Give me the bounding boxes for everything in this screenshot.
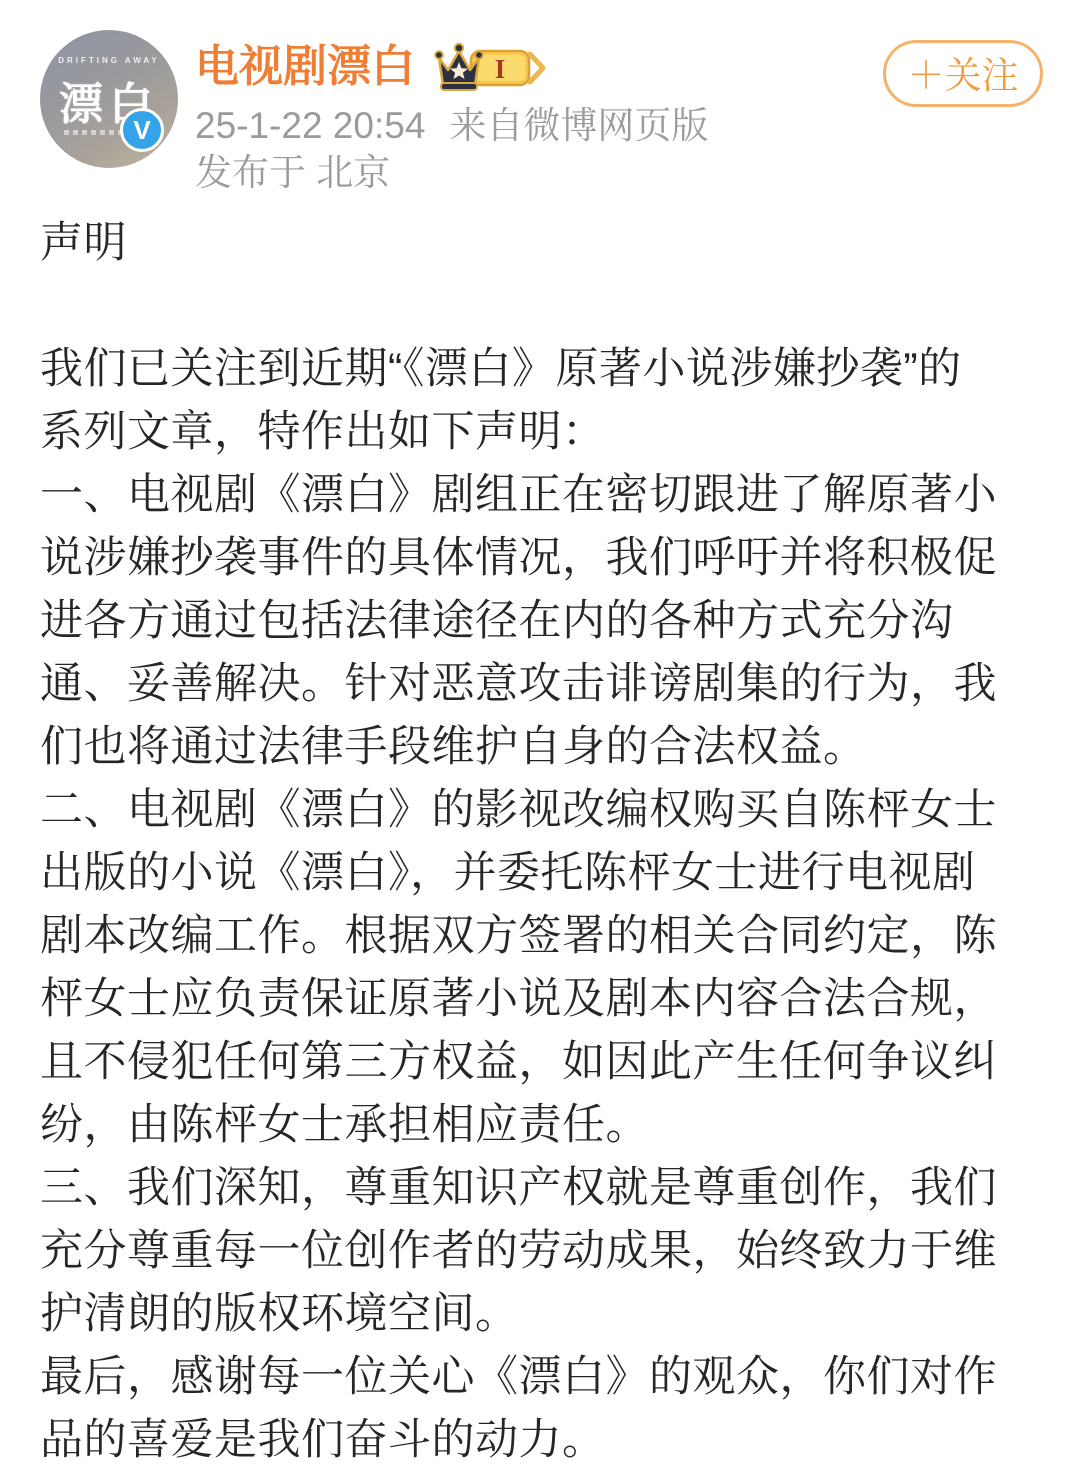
location-label: 发布于 北京 [195,151,390,195]
weibo-post: DRIFTING AWAY 漂白 V 电视剧漂白 I 25-1-22 20:54… [0,0,1080,1481]
vip-level-text: I [495,54,506,84]
timestamp: 25-1-22 20:54 [195,104,425,148]
follow-button[interactable]: ＋关注 [883,40,1043,107]
username[interactable]: 电视剧漂白 [195,41,415,94]
statement-text: 声明 我们已关注到近期“《漂白》原著小说涉嫌抄袭”的 系列文章，特作出如下声明：… [40,212,1044,1472]
name-row: 电视剧漂白 I [195,38,549,96]
vip-crown-badge[interactable]: I [429,39,549,95]
source-label[interactable]: 来自微博网页版 [449,104,708,148]
verified-icon: V [120,108,164,152]
avatar[interactable]: DRIFTING AWAY 漂白 V [40,30,182,172]
follow-button-label: ＋关注 [908,45,1019,99]
avatar-image: DRIFTING AWAY 漂白 [40,30,178,168]
avatar-top-caption: DRIFTING AWAY [40,56,178,65]
post-meta: 25-1-22 20:54 来自微博网页版 [195,104,708,148]
